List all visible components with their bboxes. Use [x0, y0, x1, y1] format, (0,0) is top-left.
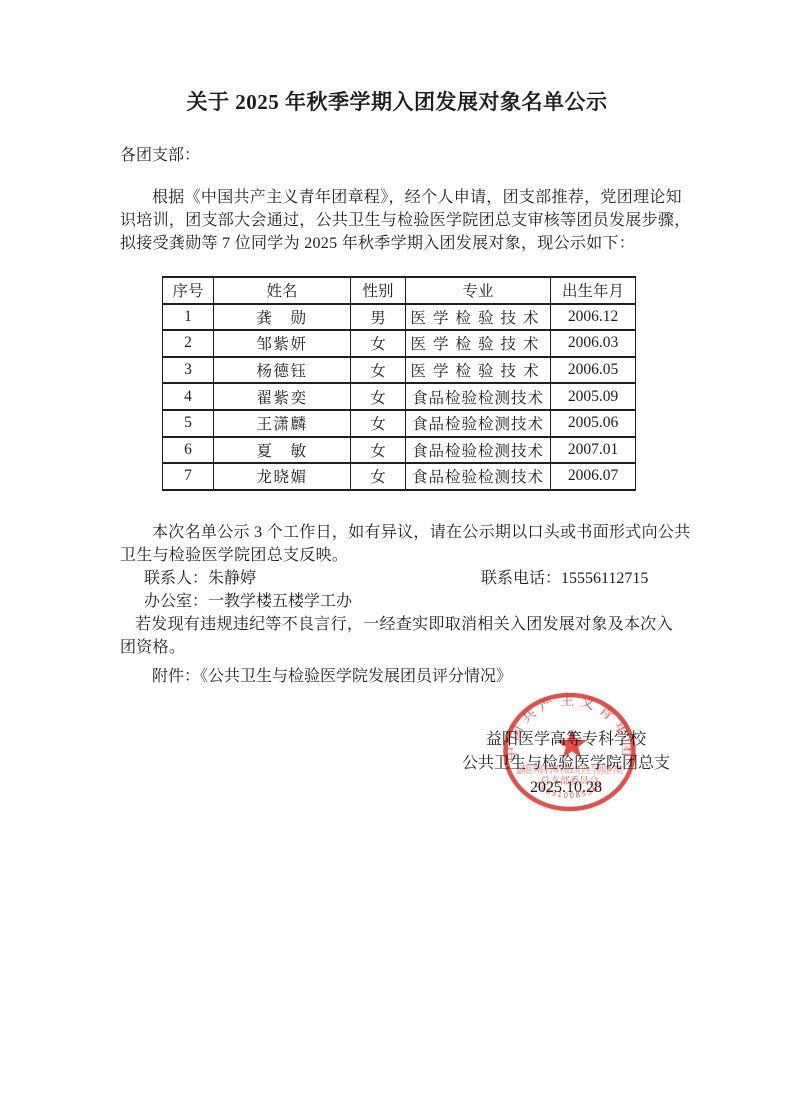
- cell-major: 医学检验技术: [406, 330, 551, 357]
- official-seal: 中国共产主义青年团 益阳医学高等专科学校公共卫生与检验医学院 总支部委员会 09…: [498, 688, 642, 818]
- text-line: 识培训，团支部大会通过，公共卫生与检验医学院团总支审核等团员发展步骤，: [120, 209, 694, 232]
- cell-gender: 男: [351, 304, 406, 331]
- cell-birth: 2006.03: [551, 330, 636, 357]
- candidate-table: 序号姓名性别专业出生年月 1龚 勋男医学检验技术2006.122邹紫妍女医学检验…: [162, 276, 636, 491]
- intro-paragraph: 根据《中国共产主义青年团章程》，经个人申请，团支部推荐，党团理论知识培训，团支部…: [120, 186, 694, 255]
- table-body: 1龚 勋男医学检验技术2006.122邹紫妍女医学检验技术2006.033杨德钰…: [163, 304, 636, 490]
- table-row: 5王潇麟女食品检验检测技术2005.06: [163, 410, 636, 437]
- cell-gender: 女: [351, 383, 406, 410]
- cell-name: 王潇麟: [214, 410, 351, 437]
- notice-paragraph: 本次名单公示 3 个工作日，如有异议，请在公示期以口头或书面形式向公共卫生与检验…: [120, 521, 694, 567]
- cell-name: 龙晓媚: [214, 463, 351, 490]
- cell-gender: 女: [351, 463, 406, 490]
- cell-gender: 女: [351, 437, 406, 464]
- cell-no: 5: [163, 410, 214, 437]
- office-location: 办公室：一教学楼五楼学工办: [120, 593, 352, 610]
- cell-no: 2: [163, 330, 214, 357]
- cell-birth: 2005.09: [551, 383, 636, 410]
- cell-birth: 2006.12: [551, 304, 636, 331]
- seal-star-icon: [557, 729, 587, 758]
- cell-birth: 2006.07: [551, 463, 636, 490]
- cell-birth: 2005.06: [551, 410, 636, 437]
- table-row: 7龙晓媚女食品检验检测技术2006.07: [163, 463, 636, 490]
- cell-name: 杨德钰: [214, 357, 351, 384]
- text-line: 团资格。: [120, 636, 694, 659]
- table-header-row: 序号姓名性别专业出生年月: [163, 277, 636, 304]
- salutation: 各团支部：: [120, 142, 200, 165]
- text-line: 本次名单公示 3 个工作日，如有异议，请在公示期以口头或书面形式向公共: [120, 521, 694, 544]
- seal-inner-line1: 益阳医学高等专科学校公共卫生与检验医学院: [517, 764, 623, 776]
- cell-name: 翟紫奕: [214, 383, 351, 410]
- contact-person: 联系人：朱静婷: [120, 570, 256, 587]
- table-row: 3杨德钰女医学检验技术2006.05: [163, 357, 636, 384]
- column-header: 出生年月: [551, 277, 636, 304]
- text-line: 卫生与检验医学院团总支反映。: [120, 544, 694, 567]
- document-page: 关于 2025 年秋季学期入团发展对象名单公示 各团支部： 根据《中国共产主义青…: [0, 0, 794, 1108]
- warning-paragraph: 若发现有违规违纪等不良言行，一经查实即取消相关入团发展对象及本次入团资格。: [120, 613, 694, 659]
- cell-gender: 女: [351, 357, 406, 384]
- text-line: 拟接受龚勋等 7 位同学为 2025 年秋季学期入团发展对象，现公示如下：: [120, 232, 694, 255]
- cell-gender: 女: [351, 330, 406, 357]
- cell-major: 食品检验检测技术: [406, 463, 551, 490]
- cell-no: 6: [163, 437, 214, 464]
- contact-line: 联系人：朱静婷 联系电话：15556112715: [120, 567, 694, 590]
- seal-inner-line2: 总支部委员会: [541, 775, 599, 787]
- cell-name: 龚 勋: [214, 304, 351, 331]
- cell-name: 邹紫妍: [214, 330, 351, 357]
- office-line: 办公室：一教学楼五楼学工办: [120, 590, 694, 613]
- cell-major: 食品检验检测技术: [406, 437, 551, 464]
- column-header: 姓名: [214, 277, 351, 304]
- cell-major: 医学检验技术: [406, 304, 551, 331]
- page-title: 关于 2025 年秋季学期入团发展对象名单公示: [0, 86, 794, 116]
- cell-name: 夏 敏: [214, 437, 351, 464]
- attachment-line: 附件：《公共卫生与检验医学院发展团员评分情况》: [152, 663, 512, 686]
- cell-major: 食品检验检测技术: [406, 383, 551, 410]
- text-line: 若发现有违规违纪等不良言行，一经查实即取消相关入团发展对象及本次入: [120, 613, 694, 636]
- table-row: 6夏 敏女食品检验检测技术2007.01: [163, 437, 636, 464]
- contact-phone: 联系电话：15556112715: [481, 567, 648, 590]
- column-header: 专业: [406, 277, 551, 304]
- cell-birth: 2007.01: [551, 437, 636, 464]
- cell-major: 医学检验技术: [406, 357, 551, 384]
- cell-gender: 女: [351, 410, 406, 437]
- column-header: 序号: [163, 277, 214, 304]
- table-row: 1龚 勋男医学检验技术2006.12: [163, 304, 636, 331]
- cell-major: 食品检验检测技术: [406, 410, 551, 437]
- cell-no: 4: [163, 383, 214, 410]
- cell-no: 1: [163, 304, 214, 331]
- table-row: 2邹紫妍女医学检验技术2006.03: [163, 330, 636, 357]
- cell-no: 3: [163, 357, 214, 384]
- cell-no: 7: [163, 463, 214, 490]
- contact-block: 联系人：朱静婷 联系电话：15556112715 办公室：一教学楼五楼学工办: [120, 567, 694, 613]
- cell-birth: 2006.05: [551, 357, 636, 384]
- text-line: 根据《中国共产主义青年团章程》，经个人申请，团支部推荐，党团理论知: [120, 186, 694, 209]
- table-row: 4翟紫奕女食品检验检测技术2005.09: [163, 383, 636, 410]
- column-header: 性别: [351, 277, 406, 304]
